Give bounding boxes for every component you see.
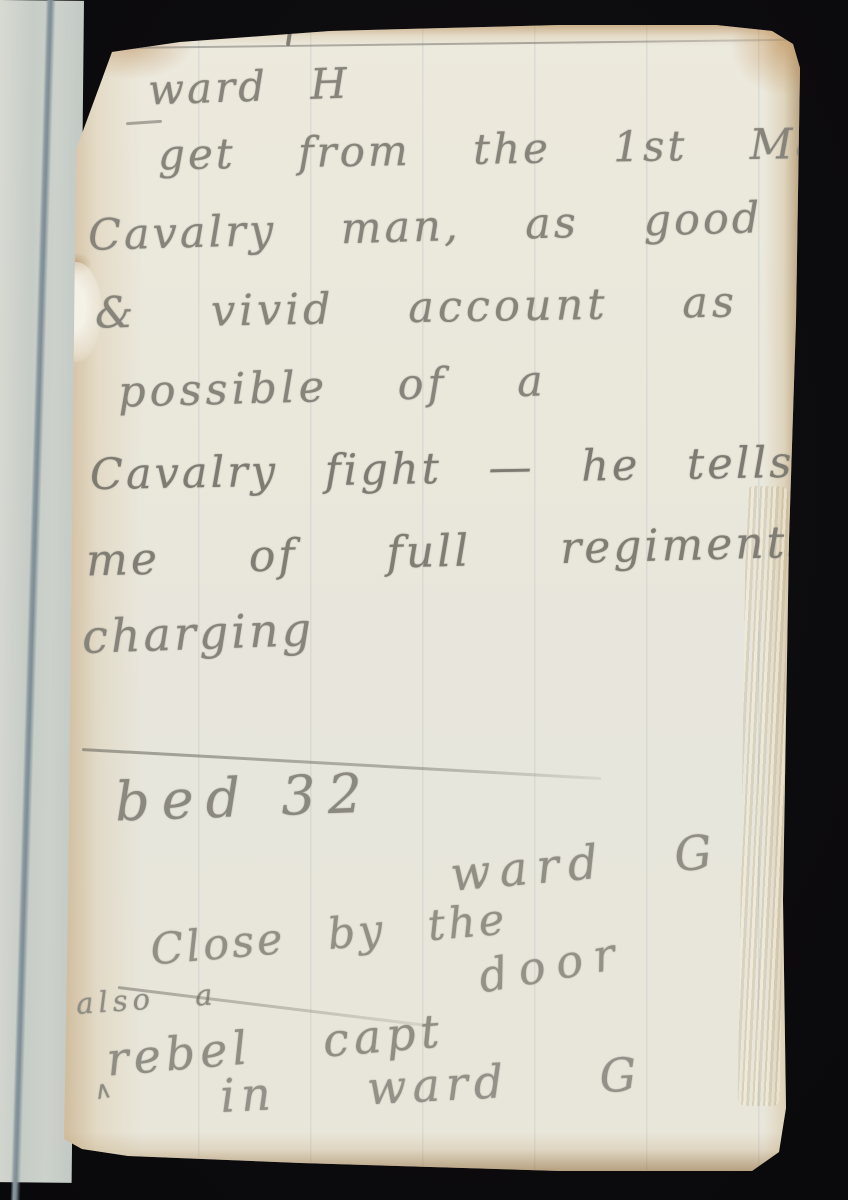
heading-ward-h: ward H	[147, 58, 351, 114]
notebook-page: ward H get from the 1st Mass. Cavalry ma…	[0, 0, 848, 1200]
photo-backdrop: ward H get from the 1st Mass. Cavalry ma…	[0, 0, 848, 1200]
browned-corner-top-right	[730, 26, 800, 96]
bed-number-note: bed 32	[114, 762, 375, 834]
page-bottom-edge	[66, 1132, 780, 1172]
right-edge-crease	[738, 486, 789, 1107]
insertion-caret-mark: ∧	[92, 1075, 116, 1106]
handwriting-line: charging	[81, 602, 315, 664]
